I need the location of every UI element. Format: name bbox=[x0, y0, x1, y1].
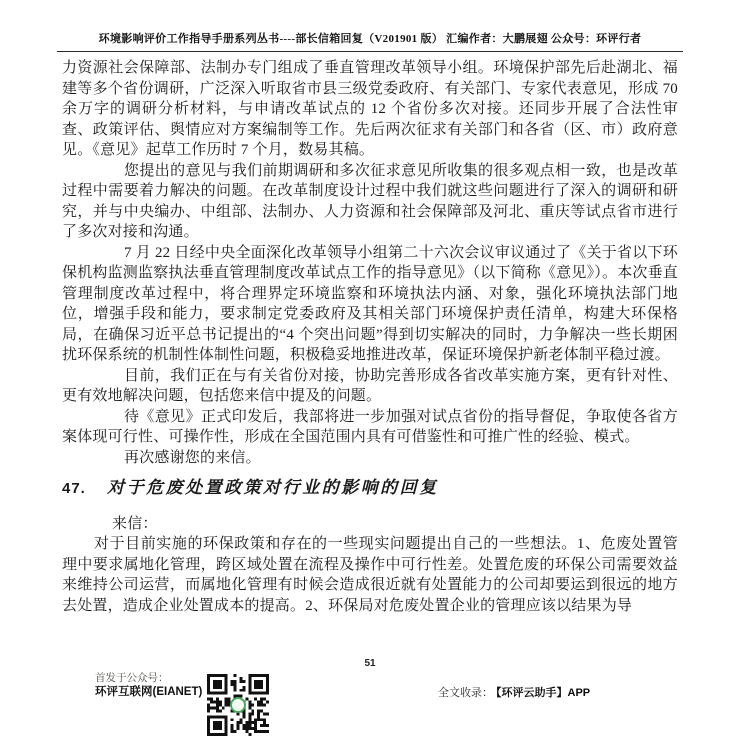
footer-left: 首发于公众号： 环评互联网(EIANET) bbox=[95, 672, 202, 699]
footer-publisher-name: 环评互联网(EIANET) bbox=[95, 686, 202, 700]
footer-right: 全文收录：【环评云助手】APP bbox=[438, 684, 590, 700]
qr-code bbox=[207, 674, 269, 736]
document-body: 力资源社会保障部、法制办专门组成了垂直管理改革领导小组。环境保护部先后赴湖北、福… bbox=[62, 58, 678, 616]
footer-app-name: 【环评云助手】APP bbox=[496, 687, 590, 699]
letter-paragraph: 对于目前实施的环保政策和存在的一些现实问题提出自己的一些想法。1、危废处置管理中… bbox=[62, 534, 678, 616]
body-paragraph: 您提出的意见与我们前期调研和多次征求意见所收集的很多观点相一致，也是改革过程中需… bbox=[62, 161, 678, 243]
section-heading: 47. 对于危废处置政策对行业的影响的回复 bbox=[62, 478, 678, 500]
section-number: 47. bbox=[62, 480, 86, 497]
section-title: 对于危废处置政策对行业的影响的回复 bbox=[107, 478, 439, 497]
footer-collection-label: 全文收录： bbox=[438, 687, 493, 699]
document-page: 环境影响评价工作指导手册系列丛书----部长信箱回复（V201901 版） 汇编… bbox=[0, 0, 740, 740]
page-header: 环境影响评价工作指导手册系列丛书----部长信箱回复（V201901 版） 汇编… bbox=[57, 30, 683, 52]
body-paragraph: 力资源社会保障部、法制办专门组成了垂直管理改革领导小组。环境保护部先后赴湖北、福… bbox=[62, 58, 678, 161]
letter-label: 来信： bbox=[62, 514, 678, 535]
footer-publisher-line: 首发于公众号： bbox=[95, 672, 202, 686]
header-title: 环境影响评价工作指导手册系列丛书----部长信箱回复（V201901 版） 汇编… bbox=[99, 33, 642, 45]
qr-center-logo bbox=[230, 697, 246, 713]
body-paragraph: 待《意见》正式印发后，我部将进一步加强对试点省份的指导督促，争取使各省方案体现可… bbox=[62, 407, 678, 448]
body-paragraph: 7 月 22 日经中央全面深化改革领导小组第二十六次会议审议通过了《关于省以下环… bbox=[62, 243, 678, 366]
body-paragraph: 目前，我们正在与有关省份对接，协助完善形成各省改革实施方案，更有针对性、更有效地… bbox=[62, 366, 678, 407]
body-paragraph: 再次感谢您的来信。 bbox=[62, 448, 678, 469]
page-number: 51 bbox=[0, 658, 740, 669]
